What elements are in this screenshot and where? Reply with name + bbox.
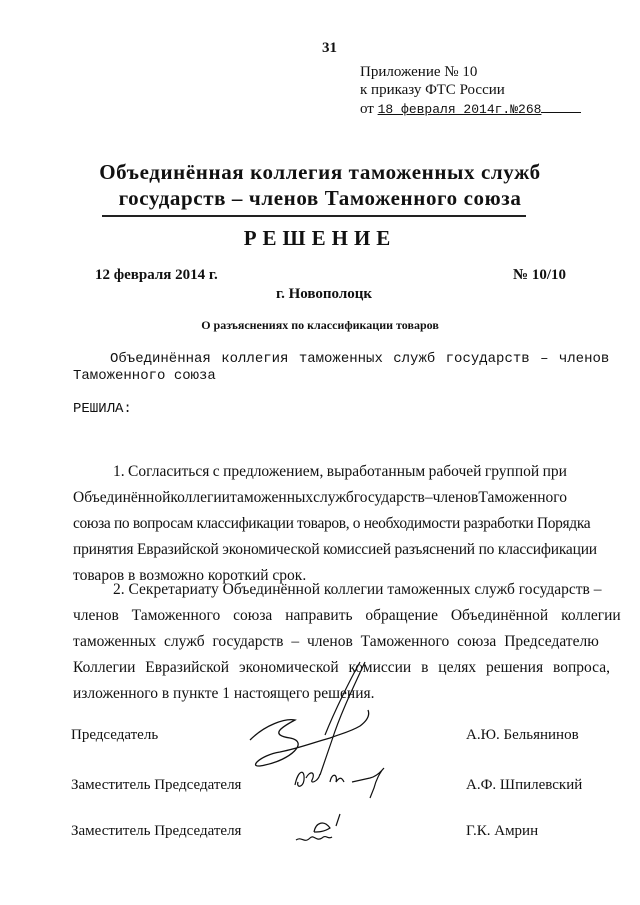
underline-blank xyxy=(541,100,581,113)
appendix-date-value: 18 февраля 2014г.№268 xyxy=(378,102,542,117)
item-1-line-2: Объединённойколлегиитаможенныхслужбгосуд… xyxy=(73,489,567,507)
item-2-line-3: таможенных служб государств – членов Там… xyxy=(73,633,567,651)
page-number: 31 xyxy=(322,40,337,57)
decision-number: № 10/10 xyxy=(513,267,566,284)
item-1-line-3: союза по вопросам классификации товаров,… xyxy=(73,515,567,533)
item-2-line-1: 2. Секретариату Объединённой коллегии та… xyxy=(113,581,567,599)
organization-name-line1: Объединённая коллегия таможенных служб xyxy=(0,160,640,185)
signature-title-deputy-2: Заместитель Председателя xyxy=(71,823,241,840)
item-1-line-1: 1.Согласитьсяспредложением,выработаннымр… xyxy=(113,463,567,481)
handwritten-signature-deputy-1-icon xyxy=(290,760,400,800)
signature-title-deputy-1: Заместитель Председателя xyxy=(71,777,241,794)
intro-line-1: Объединённая коллегия таможенных служб г… xyxy=(110,351,609,367)
signature-name-deputy-1: А.Ф. Шпилевский xyxy=(466,777,582,794)
item-2-line-2: членов Таможенного союза направить обращ… xyxy=(73,607,567,625)
item-line: Объединённойколлегиитаможенныхслужбгосуд… xyxy=(73,489,567,507)
handwritten-signature-deputy-2-icon xyxy=(290,810,360,850)
signature-name-deputy-2: Г.К. Амрин xyxy=(466,823,538,840)
decision-city: г. Новополоцк xyxy=(0,286,640,303)
appendix-order-ref: к приказу ФТС России xyxy=(360,82,505,99)
appendix-date-prefix: от xyxy=(360,101,374,117)
document-title: РЕШЕНИЕ xyxy=(0,226,640,251)
appendix-number: Приложение № 10 xyxy=(360,64,477,81)
appendix-order-date: от 18 февраля 2014г.№268 xyxy=(360,100,581,118)
item-line: 1.Согласитьсяспредложением,выработаннымр… xyxy=(113,463,567,481)
intro-line-2: Таможенного союза xyxy=(73,368,216,384)
header-divider xyxy=(102,215,526,217)
decision-subject: О разъяснениях по классификации товаров xyxy=(0,318,640,333)
organization-name-line2: государств – членов Таможенного союза xyxy=(0,186,640,211)
signature-name-chairman: А.Ю. Бельянинов xyxy=(466,727,579,744)
resolved-label: РЕШИЛА: xyxy=(73,401,132,417)
item-1-line-4: принятия Евразийской экономической комис… xyxy=(73,541,567,559)
signature-title-chairman: Председатель xyxy=(71,727,158,744)
decision-date: 12 февраля 2014 г. xyxy=(95,267,218,284)
